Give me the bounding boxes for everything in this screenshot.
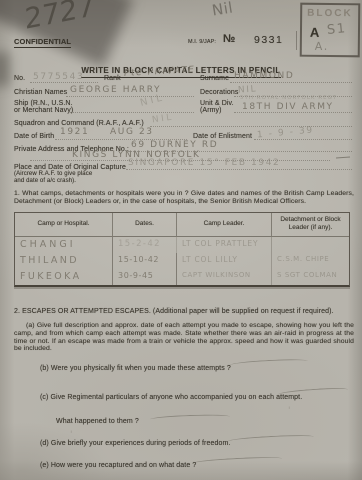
squadron-label: Squadron and Command (R.A.F., A.A.F.) [14, 120, 144, 127]
block-pencil-note: S1 [326, 21, 347, 38]
ship-label-line2: or Merchant Navy) [14, 107, 73, 114]
christian-names-value: GEORGE HARRY [70, 85, 161, 95]
capture-label-line3: and date of a/c crash). [14, 178, 76, 184]
col-header-dates: Dates. [113, 213, 177, 237]
question-1-text: 1. What camps, detachments or hospitals … [14, 190, 354, 205]
col-header-camp: Camp or Hospital. [15, 213, 113, 237]
question-c-text: (c) Give Regimental particulars of anyon… [40, 394, 302, 401]
table-cell: 15-10-42 [113, 253, 177, 269]
camps-table: Camp or Hospital. Dates. Camp Leader. De… [14, 212, 350, 287]
unit-label-line2: (Army) [200, 107, 222, 114]
pencil-stroke [192, 456, 282, 467]
rule [66, 96, 194, 97]
pencil-stroke [278, 387, 348, 398]
rank-label: Rank [104, 75, 121, 82]
decorations-value: NIL [238, 84, 258, 95]
question-e-text: (e) How were you recaptured and on what … [40, 462, 196, 469]
table-cell: CAPT WILKINSON [177, 269, 272, 285]
surname-value: HAMMOND [234, 71, 294, 81]
capture-value: SINGAPORE 15° FEB 1942 [128, 158, 280, 168]
enlistment-label: Date of Enlistment [193, 133, 252, 140]
unit-value-regiment: 5TH ROYAL NORFOLK REGT [240, 95, 337, 101]
section-2-heading: 2. ESCAPES OR ATTEMPTED ESCAPES. (Additi… [14, 308, 334, 315]
unit-value: 18TH DIV ARMY [242, 102, 334, 112]
block-pencil-note-2: A. [315, 40, 329, 53]
pencil-stroke [150, 414, 230, 423]
decorations-label: Decorations [200, 89, 238, 96]
christian-names-label: Christian Names [14, 89, 67, 96]
table-cell: THILAND [15, 253, 113, 269]
question-c2-text: What happened to them ? [56, 418, 139, 425]
scanned-pow-questionnaire: 2727 Nil CONFIDENTIAL M.I. 9/JAP: № 9331… [0, 0, 362, 480]
date-of-birth-day: AUG 23 [110, 127, 154, 137]
block-letter: A [310, 25, 320, 40]
rule [30, 82, 98, 83]
serial-number: 9331 [254, 34, 283, 46]
table-cell: LT COL PRATTLEY [177, 237, 272, 253]
table-cell [272, 237, 349, 253]
address-value-line1: 69 DURNEY RD [131, 140, 218, 150]
capture-label-line1: Place and Date of Original Capture [14, 164, 126, 171]
block-stamp-text: BLOCK [307, 8, 353, 19]
rule [126, 169, 352, 170]
pencil-nil-note: Nil [211, 0, 235, 20]
col-header-leader: Camp Leader. [177, 213, 272, 237]
capture-label-line2: (Aircrew R.A.F. to give place [14, 171, 92, 177]
rule [230, 82, 352, 83]
rule [70, 112, 194, 113]
surname-label: Surname [200, 75, 229, 82]
pencil-stroke [228, 434, 314, 444]
table-cell: CHANGI [15, 237, 113, 253]
ship-label-line1: Ship (R.N., U.S.N. [14, 100, 73, 107]
unit-label-line1: Unit & Div. [200, 100, 234, 107]
pencil-tick: ' [70, 430, 74, 440]
date-of-birth-year: 1921 [60, 127, 89, 137]
no-value: 5775543 [33, 72, 84, 82]
pencil-tick: ' [288, 406, 292, 416]
no-label: No. [14, 75, 25, 82]
question-b-text: (b) Were you physically fit when you mad… [40, 365, 231, 372]
table-cell: C.S.M. CHIPE [272, 253, 349, 269]
table-cell: S SGT COLMAN [272, 269, 349, 285]
table-cell: LT COL LILLY [177, 253, 272, 269]
rule [234, 112, 352, 113]
confidential-marking: CONFIDENTIAL [14, 37, 71, 48]
section-2a-text: (a) Give full description and approx. da… [14, 322, 354, 353]
pencil-stroke [230, 358, 308, 368]
block-stamp-box: BLOCK A S1 A. [300, 3, 361, 58]
rule [254, 139, 352, 140]
rule [150, 126, 352, 127]
dash-mark [336, 157, 350, 159]
form-ref-label: M.I. 9/JAP: [188, 39, 216, 45]
serial-divider [296, 31, 297, 50]
question-d-text: (d) Give briefly your experiences during… [40, 440, 230, 447]
table-cell: 30-9-45 [113, 269, 177, 285]
number-symbol: № [223, 33, 235, 45]
date-of-birth-label: Date of Birth [14, 133, 54, 140]
table-cell: FUKEOKA [15, 269, 113, 285]
squadron-value: NIL [151, 113, 174, 126]
table-cell: 15-2-42 [113, 237, 177, 253]
col-header-detachment: Detachment or Block Leader (if any). [272, 213, 349, 237]
